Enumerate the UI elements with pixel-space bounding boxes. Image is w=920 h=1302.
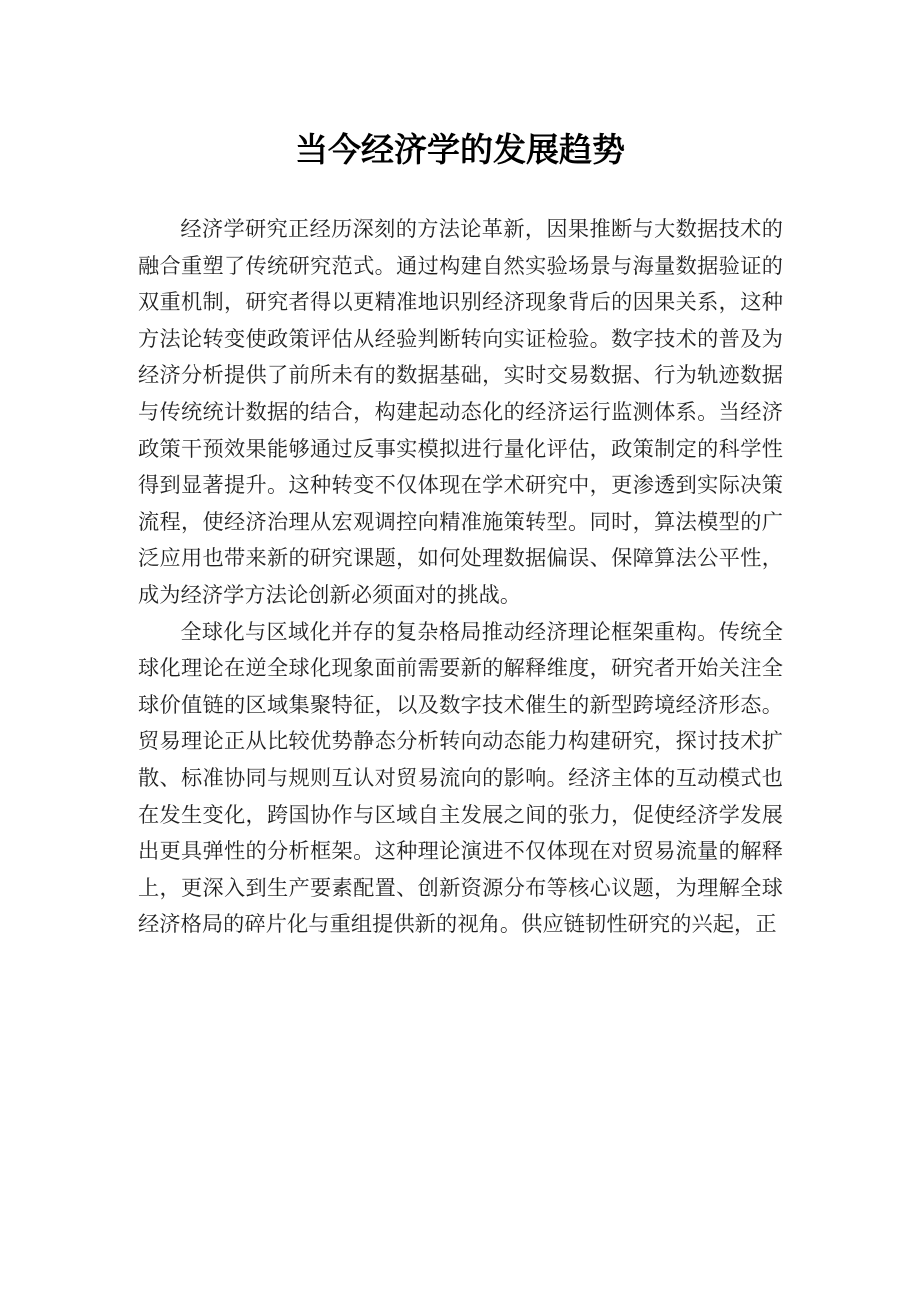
- paragraph-methodology: 经济学研究正经历深刻的方法论革新，因果推断与大数据技术的融合重塑了传统研究范式。…: [138, 211, 783, 614]
- document-page: 当今经济学的发展趋势 经济学研究正经历深刻的方法论革新，因果推断与大数据技术的融…: [0, 0, 920, 1302]
- document-title: 当今经济学的发展趋势: [0, 128, 920, 172]
- paragraph-globalization: 全球化与区域化并存的复杂格局推动经济理论框架重构。传统全球化理论在逆全球化现象面…: [138, 614, 783, 943]
- document-body: 经济学研究正经历深刻的方法论革新，因果推断与大数据技术的融合重塑了传统研究范式。…: [138, 211, 783, 943]
